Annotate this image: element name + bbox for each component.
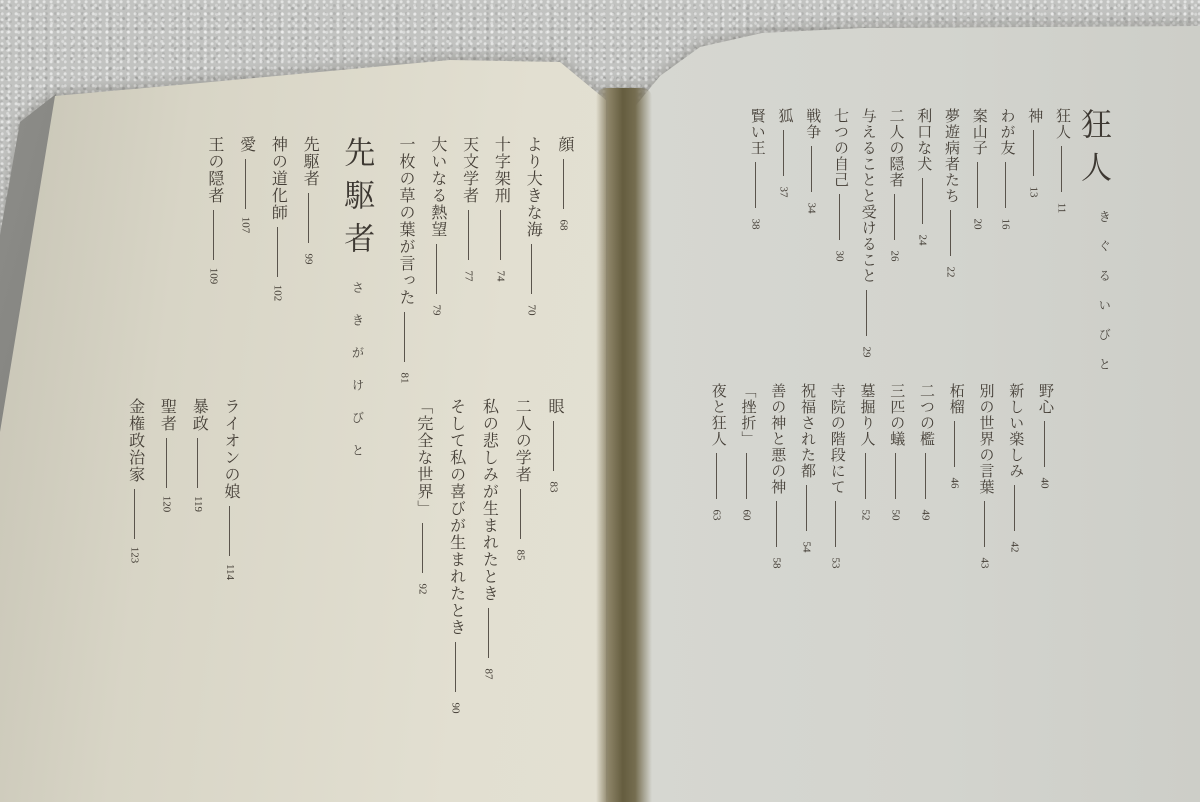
leader-line bbox=[213, 210, 214, 260]
toc-entry-title: 先駆者 bbox=[300, 136, 317, 187]
toc-entry-page-number: 70 bbox=[523, 305, 541, 316]
toc-entry: 私の悲しみが生まれたとき 87 bbox=[480, 398, 497, 683]
toc-entry-title: より大きな海 bbox=[523, 136, 540, 238]
toc-entry-page-number: 24 bbox=[913, 235, 931, 246]
toc-entry: 聖者 120 bbox=[158, 398, 175, 513]
leader-line bbox=[500, 210, 501, 260]
toc-entry-title: 戦争 bbox=[804, 108, 820, 140]
section-title-madman: 狂人 きぐるいびと bbox=[1069, 108, 1118, 387]
toc-entry: わが友 16 bbox=[998, 108, 1014, 233]
toc-entry: 利口な犬 24 bbox=[915, 108, 931, 249]
toc-entry-page-number: 13 bbox=[1024, 187, 1042, 198]
toc-entry: 三匹の蟻 50 bbox=[888, 383, 904, 524]
left-page-toc-lower-left: ライオンの娘 114 暴政 119 聖者 120 金権政治家 123 bbox=[126, 398, 238, 581]
toc-entry: 神の道化師 102 bbox=[269, 136, 286, 302]
section-title-kanji: 先駆者 bbox=[341, 136, 372, 265]
leader-line bbox=[954, 421, 955, 467]
leader-line bbox=[166, 438, 167, 488]
toc-entry: 新しい楽しみ 42 bbox=[1007, 383, 1023, 556]
toc-entry-title: 「挫折」 bbox=[739, 383, 755, 447]
toc-entry-page-number: 26 bbox=[886, 251, 904, 262]
leader-line bbox=[488, 608, 489, 658]
toc-entry-title: 王の隠者 bbox=[205, 136, 222, 204]
toc-entry-page-number: 11 bbox=[1052, 203, 1070, 214]
toc-entry: 暴政 119 bbox=[189, 398, 206, 513]
toc-entry: 賢い王 38 bbox=[748, 108, 764, 233]
toc-entry: 別の世界の言葉 43 bbox=[977, 383, 993, 572]
toc-entry: 先駆者 99 bbox=[300, 136, 317, 268]
leader-line bbox=[865, 453, 866, 499]
leader-line bbox=[277, 227, 278, 277]
toc-entry-title: ライオンの娘 bbox=[221, 398, 238, 500]
toc-entry-title: 十字架刑 bbox=[492, 136, 509, 204]
toc-entry: 七つの自己 30 bbox=[831, 108, 847, 265]
toc-entry-title: 天文学者 bbox=[460, 136, 477, 204]
toc-entry-page-number: 60 bbox=[738, 510, 756, 521]
toc-entry-title: 別の世界の言葉 bbox=[977, 383, 993, 495]
toc-entry-title: 愛 bbox=[237, 136, 254, 153]
toc-column-list: 顔 68 より大きな海 70 十字架刑 74 天文学者 77 大いなる熱望 79 bbox=[396, 136, 572, 387]
toc-entry-title: 利口な犬 bbox=[915, 108, 931, 172]
leader-line bbox=[468, 210, 469, 260]
toc-entry-title: 祝福された都 bbox=[798, 383, 814, 479]
toc-entry-page-number: 114 bbox=[221, 564, 239, 580]
toc-entry-title: 七つの自己 bbox=[831, 108, 847, 188]
leader-line bbox=[229, 506, 230, 556]
leader-line bbox=[746, 453, 747, 499]
toc-entry-title: 私の悲しみが生まれたとき bbox=[480, 398, 497, 602]
toc-entry-page-number: 50 bbox=[886, 510, 904, 521]
leader-line bbox=[553, 421, 554, 471]
toc-entry-title: 大いなる熱望 bbox=[428, 136, 445, 238]
toc-entry-title: 善の神と悪の神 bbox=[769, 383, 785, 495]
section-title-kana: さきがけびと bbox=[350, 281, 363, 476]
leader-line bbox=[811, 146, 812, 192]
toc-entry: 十字架刑 74 bbox=[492, 136, 509, 285]
toc-entry: 祝福された都 54 bbox=[798, 383, 814, 556]
toc-entry: 戦争 34 bbox=[804, 108, 820, 217]
leader-line bbox=[1005, 162, 1006, 208]
toc-entry-page-number: 90 bbox=[446, 703, 464, 714]
toc-entry-page-number: 40 bbox=[1035, 478, 1053, 489]
toc-entry-title: 寺院の階段にて bbox=[828, 383, 844, 495]
leader-line bbox=[866, 290, 867, 336]
toc-entry: 案山子 20 bbox=[970, 108, 986, 233]
leader-line bbox=[922, 178, 923, 224]
toc-entry-page-number: 74 bbox=[491, 271, 509, 282]
toc-entry-page-number: 83 bbox=[545, 482, 563, 493]
toc-entry-title: 二つの檻 bbox=[917, 383, 933, 447]
toc-entry-page-number: 54 bbox=[797, 542, 815, 553]
leader-line bbox=[755, 162, 756, 208]
leader-line bbox=[776, 501, 777, 547]
toc-entry: 二人の隠者 26 bbox=[887, 108, 903, 265]
toc-entry: 金権政治家 123 bbox=[126, 398, 143, 564]
toc-entry-page-number: 123 bbox=[125, 547, 143, 564]
toc-entry-page-number: 38 bbox=[747, 219, 765, 230]
toc-entry-title: 案山子 bbox=[970, 108, 986, 156]
leader-line bbox=[563, 159, 564, 209]
toc-entry-page-number: 16 bbox=[997, 219, 1015, 230]
toc-entry: そして私の喜びが生まれたとき 90 bbox=[447, 398, 464, 717]
toc-entry-title: 暴政 bbox=[189, 398, 206, 432]
toc-entry: 王の隠者 109 bbox=[205, 136, 222, 285]
toc-entry: より大きな海 70 bbox=[523, 136, 540, 319]
right-page-toc-lower: 野心 40 新しい楽しみ 42 別の世界の言葉 43 柘榴 46 二つの檻 49… bbox=[709, 383, 1052, 572]
toc-entry-page-number: 109 bbox=[204, 268, 222, 285]
leader-line bbox=[977, 162, 978, 208]
toc-entry: 墓掘り人 52 bbox=[858, 383, 874, 524]
toc-entry-title: 墓掘り人 bbox=[858, 383, 874, 447]
toc-column-list: 先駆者 99 神の道化師 102 愛 107 王の隠者 109 bbox=[205, 136, 317, 302]
toc-entry-page-number: 99 bbox=[300, 254, 318, 265]
toc-entry-title: 賢い王 bbox=[748, 108, 764, 156]
leader-line bbox=[1044, 421, 1045, 467]
toc-entry-page-number: 42 bbox=[1005, 542, 1023, 553]
toc-entry-page-number: 52 bbox=[857, 510, 875, 521]
toc-entry: 「完全な世界」 92 bbox=[414, 398, 431, 598]
toc-entry-page-number: 43 bbox=[976, 558, 994, 569]
toc-entry-page-number: 20 bbox=[969, 219, 987, 230]
leader-line bbox=[308, 193, 309, 243]
toc-entry-title: 狂人 bbox=[1053, 108, 1069, 140]
leader-line bbox=[716, 453, 717, 499]
toc-entry-title: 野心 bbox=[1036, 383, 1052, 415]
toc-entry: 眼 83 bbox=[545, 398, 562, 496]
toc-entry: 二つの檻 49 bbox=[917, 383, 933, 524]
toc-entry-page-number: 68 bbox=[555, 220, 573, 231]
toc-entry-page-number: 107 bbox=[236, 217, 254, 234]
toc-entry-title: 眼 bbox=[545, 398, 562, 415]
toc-entry: 夜と狂人 63 bbox=[709, 383, 725, 524]
leader-line bbox=[894, 194, 895, 240]
toc-entry-title: 柘榴 bbox=[947, 383, 963, 415]
toc-entry: 与えることと受けること 29 bbox=[859, 108, 875, 361]
toc-entry: 愛 107 bbox=[237, 136, 254, 234]
book-photo: 狂人 きぐるいびと 狂人 11 神 13 わが友 16 案山子 20 夢 bbox=[0, 0, 1200, 802]
toc-entry-title: 三匹の蟻 bbox=[888, 383, 904, 447]
leader-line bbox=[1061, 146, 1062, 192]
toc-entry-page-number: 53 bbox=[827, 558, 845, 569]
toc-entry-page-number: 63 bbox=[708, 510, 726, 521]
toc-entry-title: 夜と狂人 bbox=[709, 383, 725, 447]
toc-entry-page-number: 46 bbox=[946, 478, 964, 489]
section-title-kanji: 狂人 bbox=[1078, 108, 1109, 194]
leader-line bbox=[520, 489, 521, 539]
leader-line bbox=[925, 453, 926, 499]
toc-entry-title: 与えることと受けること bbox=[859, 108, 875, 284]
toc-entry: 二人の学者 85 bbox=[512, 398, 529, 564]
leader-line bbox=[404, 312, 405, 362]
leader-line bbox=[134, 489, 135, 539]
toc-entry-title: 二人の学者 bbox=[512, 398, 529, 483]
toc-entry-title: 神の道化師 bbox=[269, 136, 286, 221]
toc-entry: 一枚の草の葉が言った 81 bbox=[396, 136, 413, 387]
toc-entry: ライオンの娘 114 bbox=[221, 398, 238, 581]
leader-line bbox=[1014, 485, 1015, 531]
toc-entry: 夢遊病者たち 22 bbox=[942, 108, 958, 281]
leader-line bbox=[984, 501, 985, 547]
toc-entry-page-number: 102 bbox=[268, 285, 286, 302]
toc-entry: 野心 40 bbox=[1036, 383, 1052, 492]
toc-entry-page-number: 49 bbox=[916, 510, 934, 521]
leader-line bbox=[806, 485, 807, 531]
toc-entry-page-number: 79 bbox=[427, 305, 445, 316]
section-title-forerunner: 先駆者 さきがけびと bbox=[332, 136, 381, 476]
leader-line bbox=[422, 523, 423, 573]
toc-entry-title: 「完全な世界」 bbox=[414, 398, 431, 517]
toc-entry: 「挫折」 60 bbox=[739, 383, 755, 524]
section-title-kana: きぐるいびと bbox=[1097, 210, 1110, 387]
toc-entry-page-number: 92 bbox=[413, 584, 431, 595]
toc-entry-page-number: 22 bbox=[941, 267, 959, 278]
leader-line bbox=[950, 210, 951, 256]
leader-line bbox=[245, 159, 246, 209]
toc-entry-title: 顔 bbox=[555, 136, 572, 153]
toc-entry: 寺院の階段にて 53 bbox=[828, 383, 844, 572]
leader-line bbox=[783, 130, 784, 176]
toc-entry: 狐 37 bbox=[776, 108, 792, 201]
toc-entry-title: わが友 bbox=[998, 108, 1014, 156]
leader-line bbox=[197, 438, 198, 488]
leader-line bbox=[531, 244, 532, 294]
toc-entry-title: 聖者 bbox=[158, 398, 175, 432]
toc-entry-page-number: 120 bbox=[157, 496, 175, 513]
toc-entry: 狂人 11 bbox=[1053, 108, 1069, 217]
toc-entry-title: 夢遊病者たち bbox=[942, 108, 958, 204]
toc-entry-page-number: 30 bbox=[830, 251, 848, 262]
toc-entry-page-number: 34 bbox=[802, 203, 820, 214]
toc-entry-title: 狐 bbox=[776, 108, 792, 124]
leader-line bbox=[895, 453, 896, 499]
toc-entry-page-number: 37 bbox=[775, 187, 793, 198]
book-gutter bbox=[596, 88, 652, 802]
toc-entry-page-number: 87 bbox=[479, 669, 497, 680]
leader-line bbox=[455, 642, 456, 692]
left-page-toc-lower-right: 眼 83 二人の学者 85 私の悲しみが生まれたとき 87 そして私の喜びが生ま… bbox=[414, 398, 562, 717]
toc-entry-page-number: 119 bbox=[189, 496, 207, 512]
toc-entry-page-number: 58 bbox=[767, 558, 785, 569]
leader-line bbox=[839, 194, 840, 240]
leader-line bbox=[835, 501, 836, 547]
toc-column-list: 狂人 11 神 13 わが友 16 案山子 20 夢遊病者たち 22 利口な犬 bbox=[748, 108, 1069, 361]
toc-entry: 神 13 bbox=[1026, 108, 1042, 201]
toc-entry-page-number: 85 bbox=[512, 550, 530, 561]
toc-entry-page-number: 29 bbox=[858, 347, 876, 358]
toc-entry-title: そして私の喜びが生まれたとき bbox=[447, 398, 464, 636]
toc-entry-title: 二人の隠者 bbox=[887, 108, 903, 188]
leader-line bbox=[436, 244, 437, 294]
toc-entry-page-number: 81 bbox=[396, 373, 414, 384]
toc-entry: 柘榴 46 bbox=[947, 383, 963, 492]
right-page-toc-upper: 狂人 きぐるいびと 狂人 11 神 13 わが友 16 案山子 20 夢 bbox=[748, 108, 1118, 387]
toc-entry-title: 一枚の草の葉が言った bbox=[396, 136, 413, 306]
toc-entry-title: 神 bbox=[1026, 108, 1042, 124]
toc-entry-title: 新しい楽しみ bbox=[1007, 383, 1023, 479]
toc-entry: 善の神と悪の神 58 bbox=[769, 383, 785, 572]
toc-entry: 大いなる熱望 79 bbox=[428, 136, 445, 319]
toc-entry: 天文学者 77 bbox=[460, 136, 477, 285]
toc-entry: 顔 68 bbox=[555, 136, 572, 234]
toc-entry-title: 金権政治家 bbox=[126, 398, 143, 483]
toc-entry-page-number: 77 bbox=[459, 271, 477, 282]
leader-line bbox=[1033, 130, 1034, 176]
